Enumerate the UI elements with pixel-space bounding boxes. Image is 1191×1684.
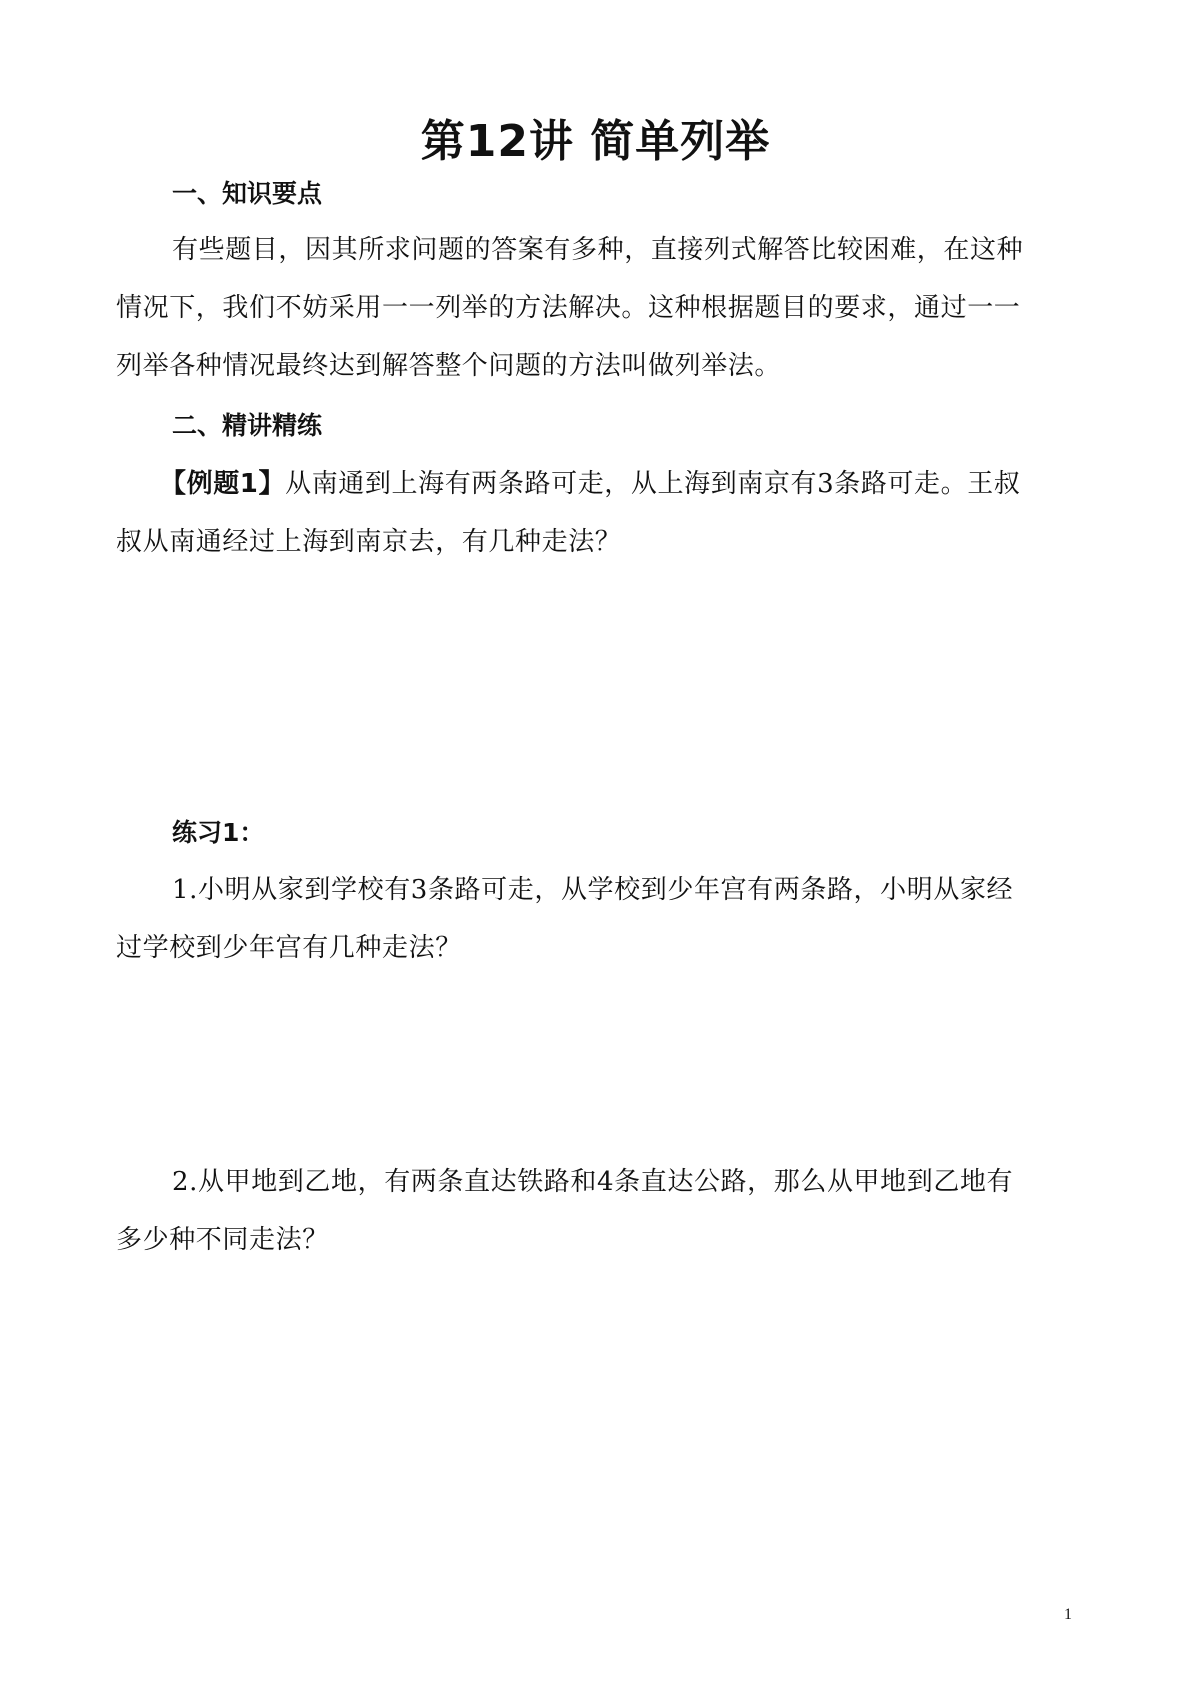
example-text: 从南通到上海有两条路可走，从上海到南京有3条路可走。王叔: [285, 469, 1020, 499]
page-number: 1: [1064, 1606, 1072, 1624]
example-text-line: 叔从南通经过上海到南京去，有几种走法？: [116, 524, 621, 560]
page-title: 第12讲 简单列举: [0, 114, 1191, 170]
paragraph-line: 列举各种情况最终达到解答整个问题的方法叫做列举法。: [116, 348, 781, 384]
example-1: 【例题1】从南通到上海有两条路可走，从上海到南京有3条路可走。王叔: [160, 466, 1020, 502]
paragraph-line: 情况下，我们不妨采用一一列举的方法解决。这种根据题目的要求，通过一一: [116, 290, 1020, 326]
practice-heading: 练习1：: [172, 815, 264, 851]
section-heading-practice: 二、精讲精练: [172, 408, 322, 444]
practice-item-1-cont: 过学校到少年宫有几种走法？: [116, 930, 462, 966]
example-label: 【例题1】: [160, 469, 285, 499]
practice-item-2-cont: 多少种不同走法？: [116, 1222, 329, 1258]
section-heading-knowledge: 一、知识要点: [172, 176, 322, 212]
practice-item-2: 2.从甲地到乙地，有两条直达铁路和4条直达公路，那么从甲地到乙地有: [172, 1164, 1013, 1200]
practice-item-1: 1.小明从家到学校有3条路可走，从学校到少年宫有两条路，小明从家经: [172, 872, 1013, 908]
paragraph-line: 有些题目，因其所求问题的答案有多种，直接列式解答比较困难，在这种: [172, 232, 1023, 268]
